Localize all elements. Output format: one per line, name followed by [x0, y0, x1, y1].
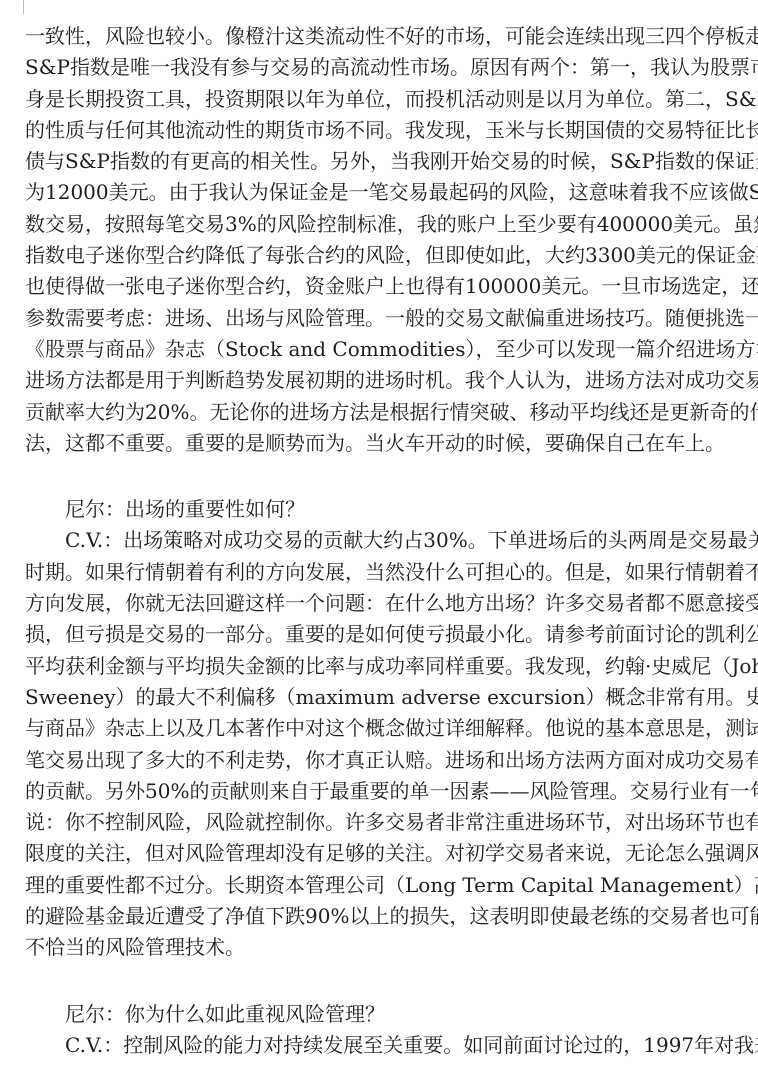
question-line: 尼尔：出场的重要性如何？: [25, 494, 737, 525]
text-line: 理的重要性都不过分。长期资本管理公司（Long Term Capital Man…: [25, 870, 737, 901]
book-page-text: 一致性，风险也较小。像橙汁这类流动性不好的市场，可能会连续出现三四个停板走势。 …: [25, 21, 737, 1061]
text-line: 债与S&P指数的有更高的相关性。另外，当我刚开始交易的时候，S&P指数的保证金大…: [25, 146, 737, 177]
page-edge-mark: [23, 0, 24, 14]
text-line: 指数电子迷你型合约降低了每张合约的风险，但即使如此，大约3300美元的保证金要求…: [25, 240, 737, 271]
text-line: 时期。如果行情朝着有利的方向发展，当然没什么可担心的。但是，如果行情朝着不利的: [25, 557, 737, 588]
text-line: 贡献率大约为20%。无论你的进场方法是根据行情突破、移动平均线还是更新奇的什么方: [25, 397, 737, 428]
text-line: 方向发展，你就无法回避这样一个问题：在什么地方出场？许多交易者都不愿意接受亏: [25, 588, 737, 619]
text-line: 不恰当的风险管理技术。: [25, 932, 737, 963]
text-line: 平均获利金额与平均损失金额的比率与成功率同样重要。我发现，约翰·史威尼（John: [25, 651, 737, 682]
paragraph-spacer: [25, 964, 737, 999]
question-line: 尼尔：你为什么如此重视风险管理？: [25, 999, 737, 1030]
text-line: 与商品》杂志上以及几本著作中对这个概念做过详细解释。他说的基本意思是，测试一: [25, 713, 737, 744]
text-line: 参数需要考虑：进场、出场与风险管理。一般的交易文献偏重进场技巧。随便挑选一期: [25, 303, 737, 334]
text-line: 进场方法都是用于判断趋势发展初期的进场时机。我个人认为，进场方法对成功交易的: [25, 365, 737, 396]
answer-risk-control: C.V.：控制风险的能力对持续发展至关重要。如同前面讨论过的，1997年对我来说…: [25, 1030, 737, 1061]
text-line: C.V.：控制风险的能力对持续发展至关重要。如同前面讨论过的，1997年对我来说…: [25, 1030, 737, 1061]
text-line: 身是长期投资工具，投资期限以年为单位，而投机活动则是以月为单位。第二，S&P指数: [25, 84, 737, 115]
text-line: 《股票与商品》杂志（Stock and Commodities），至少可以发现一…: [25, 334, 737, 365]
text-line: S&P指数是唯一我没有参与交易的高流动性市场。原因有两个：第一，我认为股票市场本: [25, 52, 737, 83]
question-risk-management: 尼尔：你为什么如此重视风险管理？: [25, 999, 737, 1030]
paragraph-market-selection: 一致性，风险也较小。像橙汁这类流动性不好的市场，可能会连续出现三四个停板走势。 …: [25, 21, 737, 459]
text-line: 的性质与任何其他流动性的期货市场不同。我发现，玉米与长期国债的交易特征比长期国: [25, 115, 737, 146]
text-line: 法，这都不重要。重要的是顺势而为。当火车开动的时候，要确保自己在车上。: [25, 428, 737, 459]
text-line: 限度的关注，但对风险管理却没有足够的关注。对初学交易者来说，无论怎么强调风险管: [25, 838, 737, 869]
text-line: 数交易，按照每笔交易3%的风险控制标准，我的账户上至少要有400000美元。虽然…: [25, 209, 737, 240]
text-line: 也使得做一张电子迷你型合约，资金账户上也得有100000美元。一旦市场选定，还有…: [25, 271, 737, 302]
text-line: 损，但亏损是交易的一部分。重要的是如何使亏损最小化。请参考前面讨论的凯利公式，: [25, 619, 737, 650]
text-line: 的贡献。另外50%的贡献则来自于最重要的单一因素——风险管理。交易行业有一句俗话: [25, 776, 737, 807]
question-exit-importance: 尼尔：出场的重要性如何？: [25, 494, 737, 525]
text-line: 说：你不控制风险，风险就控制你。许多交易者非常注重进场环节，对出场环节也有一定: [25, 807, 737, 838]
text-line: 笔交易出现了多大的不利走势，你才真正认赔。进场和出场方法两方面对成功交易有50%: [25, 745, 737, 776]
text-line: C.V.：出场策略对成功交易的贡献大约占30%。下单进场后的头两周是交易最关键的: [25, 525, 737, 556]
text-line: 为12000美元。由于我认为保证金是一笔交易最起码的风险，这意味着我不应该做S&…: [25, 177, 737, 208]
text-line: Sweeney）的最大不利偏移（maximum adverse excursio…: [25, 682, 737, 713]
paragraph-spacer: [25, 459, 737, 494]
answer-exit-strategy: C.V.：出场策略对成功交易的贡献大约占30%。下单进场后的头两周是交易最关键的…: [25, 525, 737, 963]
text-line: 的避险基金最近遭受了净值下跌90%以上的损失，这表明即使最老练的交易者也可能使用: [25, 901, 737, 932]
text-line: 一致性，风险也较小。像橙汁这类流动性不好的市场，可能会连续出现三四个停板走势。: [25, 21, 737, 52]
